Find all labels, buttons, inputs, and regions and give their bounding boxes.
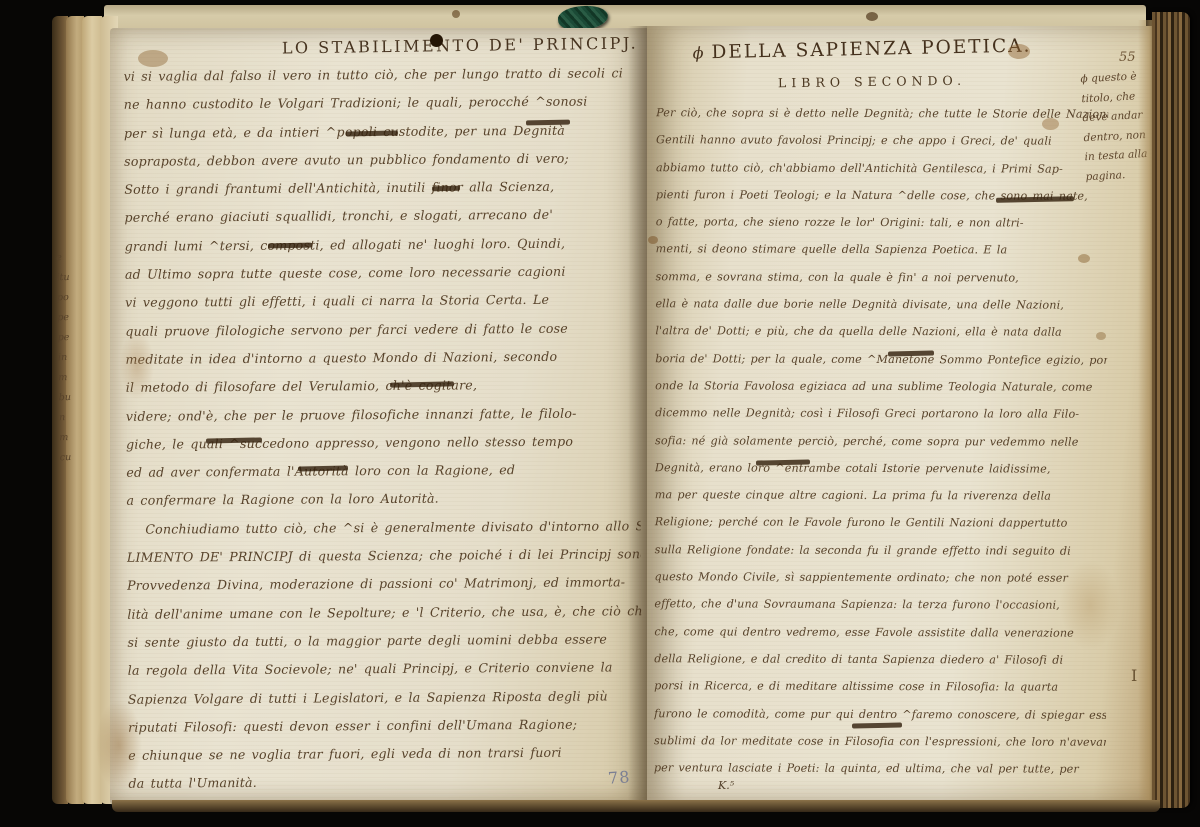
edge-fragment: m [59, 428, 85, 448]
manuscript-line: LIMENTO DE' PRINCIPJ di questa Scienza; … [127, 540, 641, 572]
page-number: 55 [1119, 50, 1136, 65]
manuscript-line: ella è nata dalle due borie nelle Degnit… [655, 290, 1107, 319]
manuscript-line: grandi lumi ^tersi, composti, ed allogat… [125, 229, 639, 261]
manuscript-line: da tutta l'Umanità. [128, 767, 642, 799]
left-edge-text-fragments: eitupopepeinmbunmcu [56, 248, 86, 468]
book-fore-edge [1152, 12, 1190, 808]
manuscript-line: sulla Religione fondate: la seconda fu i… [655, 536, 1107, 565]
manuscript-line: questo Mondo Civile, sì sappientemente o… [654, 563, 1106, 592]
manuscript-line: Sapienza Volgare di tutti i Legislatori,… [128, 682, 642, 714]
left-deckle-edges: eitupopepeinmbunmcu [52, 16, 118, 804]
manuscript-line: perché erano giaciuti squallidi, tronchi… [124, 201, 638, 233]
manuscript-line: somma, e sovrana stima, con la quale è f… [656, 263, 1108, 292]
manuscript-line: vi si vaglia dal falso il vero in tutto … [123, 59, 637, 91]
left-page-text: vi si vaglia dal falso il vero in tutto … [123, 59, 642, 798]
edge-fragment: po [57, 288, 83, 308]
manuscript-line: sofia: né già solamente perciò, perché, … [655, 427, 1107, 456]
manuscript-line: si sente giusto da tutti, o la maggior p… [127, 625, 641, 657]
edge-fragment: in [58, 348, 84, 368]
manuscript-line: Gentili hanno avuto favolosi Principj; e… [656, 127, 1108, 156]
manuscript-line: Degnità, erano loro ^entrambe cotali Ist… [655, 454, 1107, 483]
right-page-subheading: LIBRO SECONDO. [707, 72, 1037, 92]
left-page-heading: LO STABILIMENTO DE' PRINCIPJ. [260, 33, 660, 58]
manuscript-line: boria de' Dotti; per la quale, come ^Man… [655, 345, 1107, 374]
manuscript-photo: eitupopepeinmbunmcu LO STABILIMENTO DE' … [0, 0, 1200, 827]
edge-fragment: pe [57, 308, 83, 328]
manuscript-line: Sotto i grandi frantumi dell'Antichità, … [124, 172, 638, 204]
manuscript-line: menti, si deono stimare quelle della Sap… [656, 236, 1108, 265]
right-page-heading-text: DELLA SAPIENZA POETICA. [711, 35, 1031, 63]
ink-strikethrough [526, 120, 570, 126]
manuscript-line: dicemmo nelle Degnità; così i Filosofi G… [655, 399, 1107, 428]
right-page-heading: ϕDELLA SAPIENZA POETICA. [677, 35, 1047, 64]
manuscript-line: a confermare la Ragione con la loro Auto… [126, 484, 640, 516]
manuscript-line: sopraposta, debbon avere avuto un pubbli… [124, 144, 638, 176]
edge-fragment: e [56, 248, 82, 268]
manuscript-line: quali pruove filologiche servono per far… [125, 314, 639, 346]
edge-fragment: bu [59, 388, 85, 408]
manuscript-line: onde la Storia Favolosa egiziaca ad una … [655, 372, 1107, 401]
manuscript-line: ne hanno custodito le Volgari Tradizioni… [124, 88, 638, 120]
manuscript-line: Per ciò, che sopra si è detto nelle Degn… [656, 99, 1108, 128]
manuscript-line: ad Ultimo sopra tutte queste cose, come … [125, 257, 639, 289]
manuscript-line: l'altra de' Dotti; e più, che da quella … [655, 318, 1107, 347]
manuscript-line: porsi in Ricerca, e di meditare altissim… [654, 672, 1106, 701]
edge-fragment: itu [56, 268, 82, 288]
manuscript-line: sublimi da lor meditate cose in Filosofi… [654, 727, 1106, 756]
manuscript-line: effetto, che d'una Sovraumana Sapienza: … [654, 591, 1106, 620]
ink-strikethrough [432, 186, 460, 192]
manuscript-line: ed ad aver confermata l'Autorità loro co… [126, 455, 640, 487]
manuscript-line: riputati Filosofi: questi devon esser i … [128, 710, 642, 742]
edge-fragment: pe [57, 328, 83, 348]
ink-strikethrough [298, 465, 348, 471]
right-page: ϕDELLA SAPIENZA POETICA. LIBRO SECONDO. … [647, 26, 1162, 806]
edge-mark: I [1131, 666, 1137, 685]
manuscript-line: lità dell'anime umane con le Sepolture; … [127, 597, 641, 629]
manuscript-line: pienti furon i Poeti Teologi; e la Natur… [656, 181, 1108, 210]
ink-strikethrough [268, 243, 312, 249]
book-bottom-edge [112, 800, 1160, 812]
manuscript-line: vi veggono tutti gli effetti, i quali ci… [125, 286, 639, 318]
manuscript-line: la regola della Vita Socievole; ne' qual… [128, 653, 642, 685]
ink-strikethrough [852, 722, 902, 728]
manuscript-line: abbiamo tutto ciò, ch'abbiamo dell'Antic… [656, 154, 1108, 183]
manuscript-line: e chiunque se ne voglia trar fuori, egli… [128, 738, 642, 770]
manuscript-line: giche, le quali ^succedono appresso, ven… [126, 427, 640, 459]
ink-strikethrough [888, 351, 934, 357]
manuscript-line: Religione; perché con le Favole furono l… [655, 509, 1107, 538]
left-page: LO STABILIMENTO DE' PRINCIPJ. vi si vagl… [110, 28, 647, 806]
manuscript-line: che, come qui dentro vedremo, esse Favol… [654, 618, 1106, 647]
edge-fragment: cu [60, 448, 86, 468]
quire-signature: K.⁵ [718, 779, 734, 792]
edge-fragment: n [59, 408, 85, 428]
manuscript-line: meditate in idea d'intorno a questo Mond… [125, 342, 639, 374]
manuscript-line: videre; ond'è, che per le pruove filosof… [126, 399, 640, 431]
manuscript-line: il metodo di filosofare del Verulamio, c… [126, 370, 640, 402]
edge-fragment: m [58, 368, 84, 388]
manuscript-line: Provvedenza Divina, moderazione di passi… [127, 569, 641, 601]
manuscript-line: ma per queste cinque altre cagioni. La p… [655, 481, 1107, 510]
phi-insertion-mark-icon: ϕ [692, 43, 705, 62]
manuscript-line: Conchiudiamo tutto ciò, che ^si è genera… [127, 512, 641, 544]
page-edge-strip [82, 16, 102, 804]
folio-number-pencil: 78 [607, 767, 631, 788]
manuscript-line: della Religione, e dal credito di tanta … [654, 645, 1106, 674]
manuscript-line: o fatte, porta, che sieno rozze le lor' … [656, 208, 1108, 237]
